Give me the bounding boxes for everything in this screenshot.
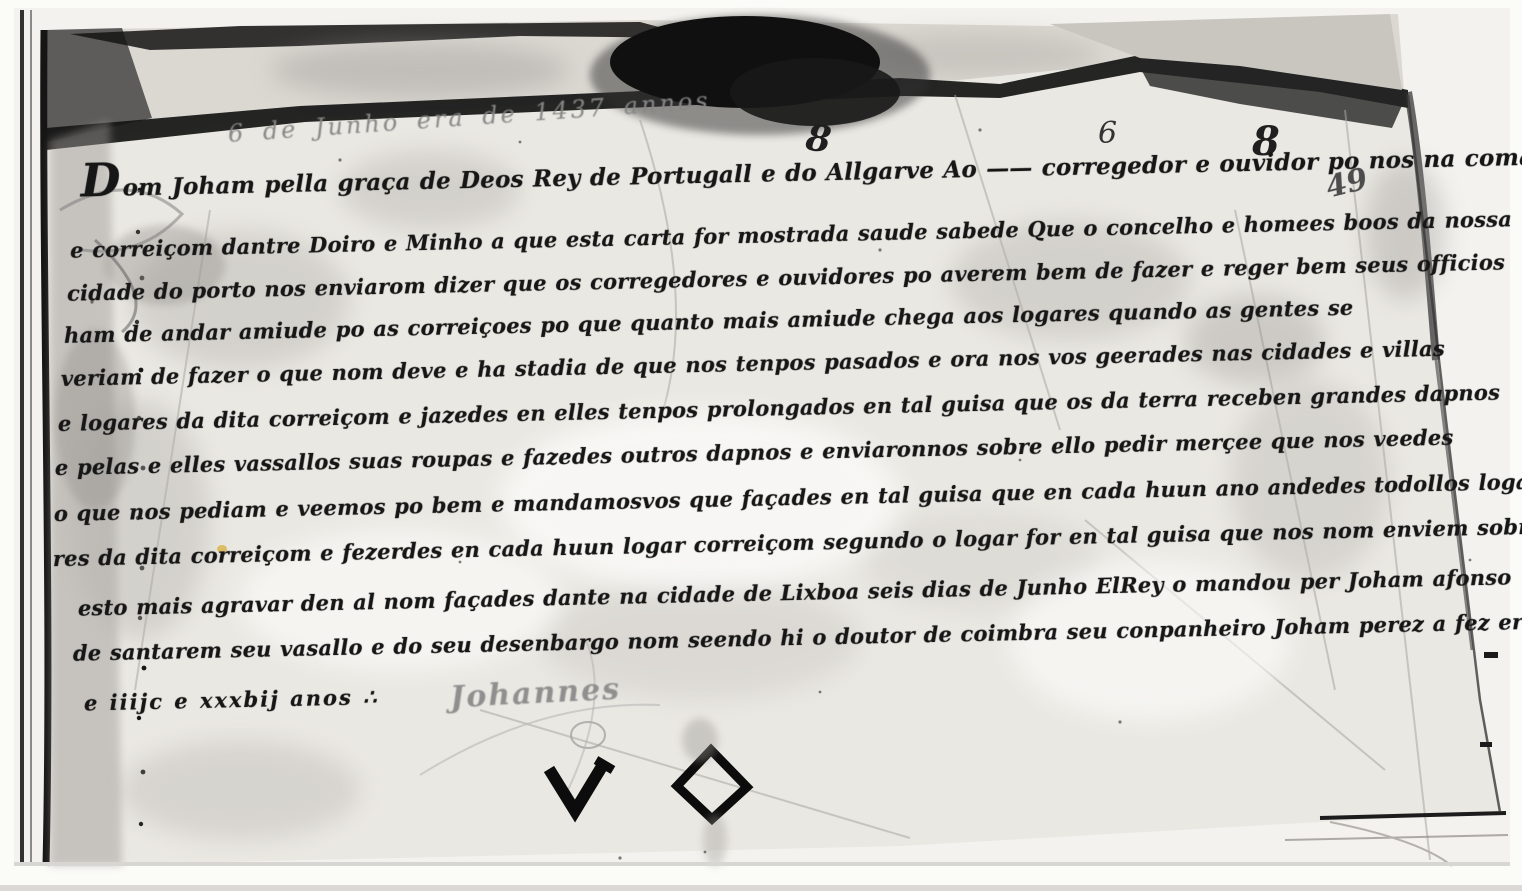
manuscript-line: ham de andar amiude po as correiçoes po … <box>64 295 1354 348</box>
manuscript-line: o que nos pediam e veemos po bem e manda… <box>54 469 1522 526</box>
manuscript-photograph: 6 de Junho era de 1437 annos 8 6 8 49 Do… <box>0 0 1522 891</box>
manuscript-line: esto mais agravar den al nom façades dan… <box>78 564 1512 620</box>
manuscript-line: res da dita correiçom e fezerdes en cada… <box>53 514 1522 572</box>
manuscript-line: e iiijc e xxxbij anos ∴ <box>84 684 379 715</box>
manuscript-line: Dom Joham pella graça de Deos Rey de Por… <box>80 143 1522 203</box>
manuscript-text: Dom Joham pella graça de Deos Rey de Por… <box>0 0 1522 891</box>
manuscript-line: veriam de fazer o que nom deve e ha stad… <box>61 336 1445 391</box>
manuscript-line: e pelas e elles vassallos suas roupas e … <box>55 425 1454 481</box>
